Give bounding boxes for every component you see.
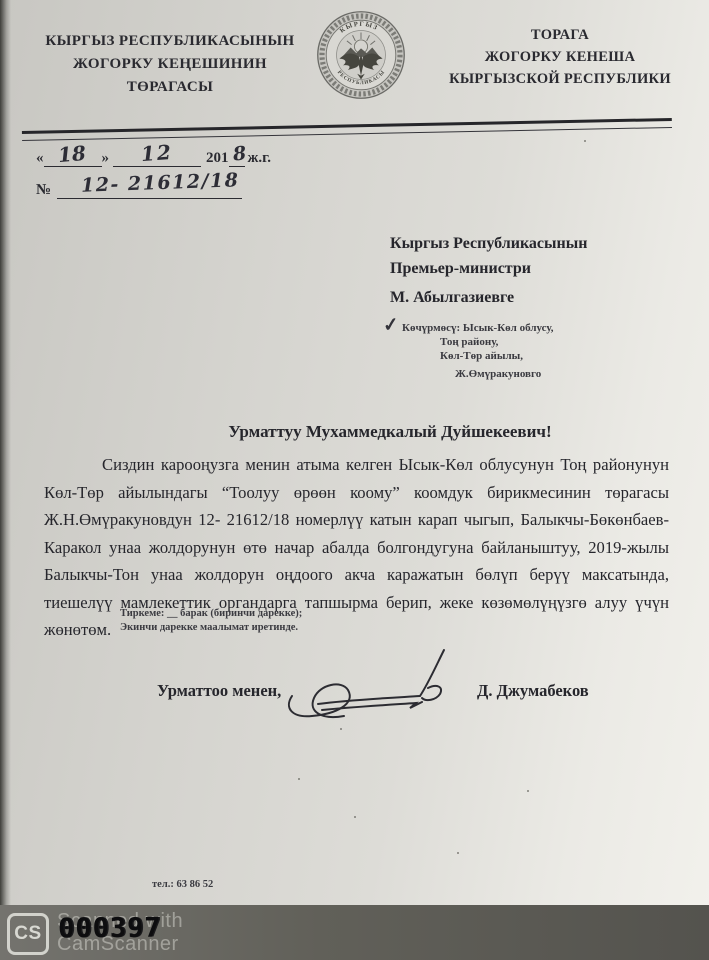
kyrgyz-state-emblem-icon: КЫРГЫЗ РЕСПУБЛИКАСЫ: [314, 8, 408, 102]
addressee-line2: Премьер-министри: [390, 256, 587, 281]
copy-note-line1: Көчүрмөсү: Ысык-Көл облусу,: [402, 321, 554, 335]
handwritten-day: 18: [57, 141, 87, 167]
addressee-block: Кыргыз Республикасынын Премьер-министри: [390, 231, 587, 281]
handwritten-signature: [278, 644, 468, 726]
camscanner-watermark-bar: CS Scanned with CamScanner 000397: [0, 905, 709, 960]
handwritten-checkmark: ✓: [382, 313, 400, 338]
copy-note-line3: Көл-Төр айылы,: [440, 349, 554, 363]
letterhead-kyrgyz: КЫРГЫЗ РЕСПУБЛИКАСЫНЫН ЖОГОРКУ КЕҢЕШИНИН…: [28, 30, 312, 99]
handwritten-month: 12: [140, 140, 173, 166]
letterhead-kyrgyz-line2: ЖОГОРКУ КЕҢЕШИНИН: [28, 53, 312, 76]
paper-speck: [340, 728, 342, 730]
year-suffix: ж.г.: [248, 150, 272, 166]
signer-name: Д. Джумабеков: [477, 681, 589, 701]
camscanner-logo-icon: CS: [7, 913, 49, 955]
salutation: Урматтуу Мухаммедкалый Дуйшекеевич!: [150, 422, 630, 442]
letterhead-kyrgyz-line1: КЫРГЫЗ РЕСПУБЛИКАСЫНЫН: [28, 30, 312, 53]
scan-edge-shadow: [0, 0, 11, 905]
letterhead-russian-line3: КЫРГЫЗСКОЙ РЕСПУБЛИКИ: [424, 68, 696, 90]
year-printed: 201: [206, 150, 229, 166]
paper-speck: [354, 816, 356, 818]
attachment-line2: Экинчи дарекке маалымат иретинде.: [120, 621, 302, 635]
scanned-letter-page: КЫРГЫЗ РЕСПУБЛИКАСЫНЫН ЖОГОРКУ КЕҢЕШИНИН…: [0, 0, 709, 960]
attachment-note: Тиркеме: __ барак (биринчи дарекке); Эки…: [120, 607, 302, 635]
letterhead-russian: ТОРАГА ЖОГОРКУ КЕНЕША КЫРГЫЗСКОЙ РЕСПУБЛ…: [424, 24, 696, 90]
copy-note-block: Көчүрмөсү: Ысык-Көл облусу, Тоң району, …: [402, 321, 554, 363]
paper-speck: [584, 140, 586, 142]
phone-line: тел.: 63 86 52: [152, 879, 213, 890]
number-row: № 12- 21612/18: [36, 180, 271, 206]
page-number-stamp: 000397: [58, 913, 162, 945]
copy-note-line2: Тоң району,: [440, 335, 554, 349]
letterhead-kyrgyz-line3: ТӨРАГАСЫ: [28, 76, 312, 99]
letterhead-russian-line1: ТОРАГА: [424, 24, 696, 46]
handwritten-year-digit: 8: [232, 142, 247, 165]
copy-recipient: Ж.Өмүракуновго: [455, 368, 541, 380]
header-double-rule: [22, 118, 672, 141]
quote-open: «: [36, 150, 44, 166]
attachment-line1: Тиркеме: __ барак (биринчи дарекке);: [120, 607, 302, 621]
number-label: №: [36, 182, 51, 198]
paper-speck: [527, 790, 529, 792]
paper-speck: [298, 778, 300, 780]
addressee-name: М. Абылгазиевге: [390, 289, 514, 307]
letterhead-russian-line2: ЖОГОРКУ КЕНЕША: [424, 46, 696, 68]
quote-close: »: [102, 150, 110, 166]
addressee-line1: Кыргыз Республикасынын: [390, 231, 587, 256]
paper-speck: [457, 852, 459, 854]
reference-block: «»201ж.г. 18 12 8 № 12- 21612/18: [36, 148, 271, 206]
closing-phrase: Урматтоо менен,: [157, 681, 281, 701]
